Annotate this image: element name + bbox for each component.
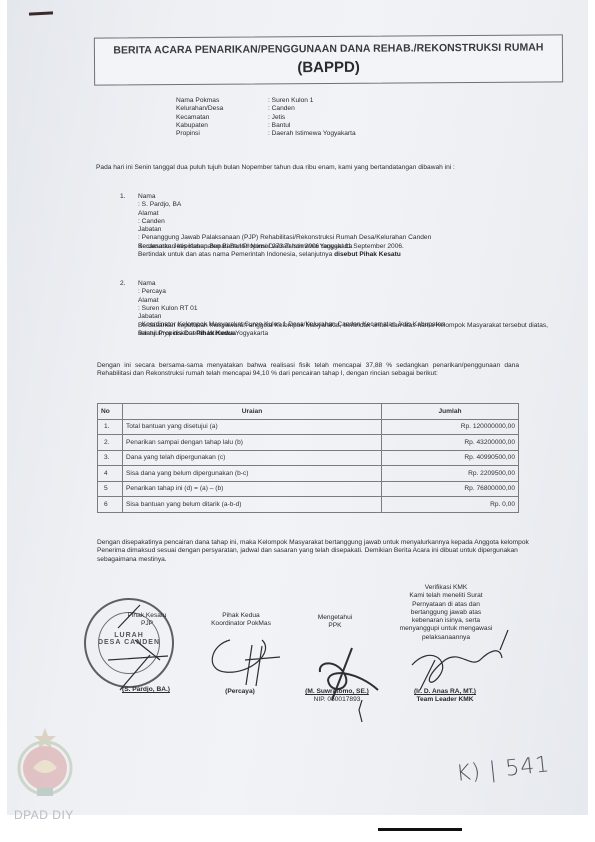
dpad-logo-icon — [15, 726, 75, 798]
handwritten-signatures — [0, 0, 595, 842]
scan-edge-mark — [378, 828, 462, 831]
watermark-text: DPAD DIY — [14, 808, 74, 822]
